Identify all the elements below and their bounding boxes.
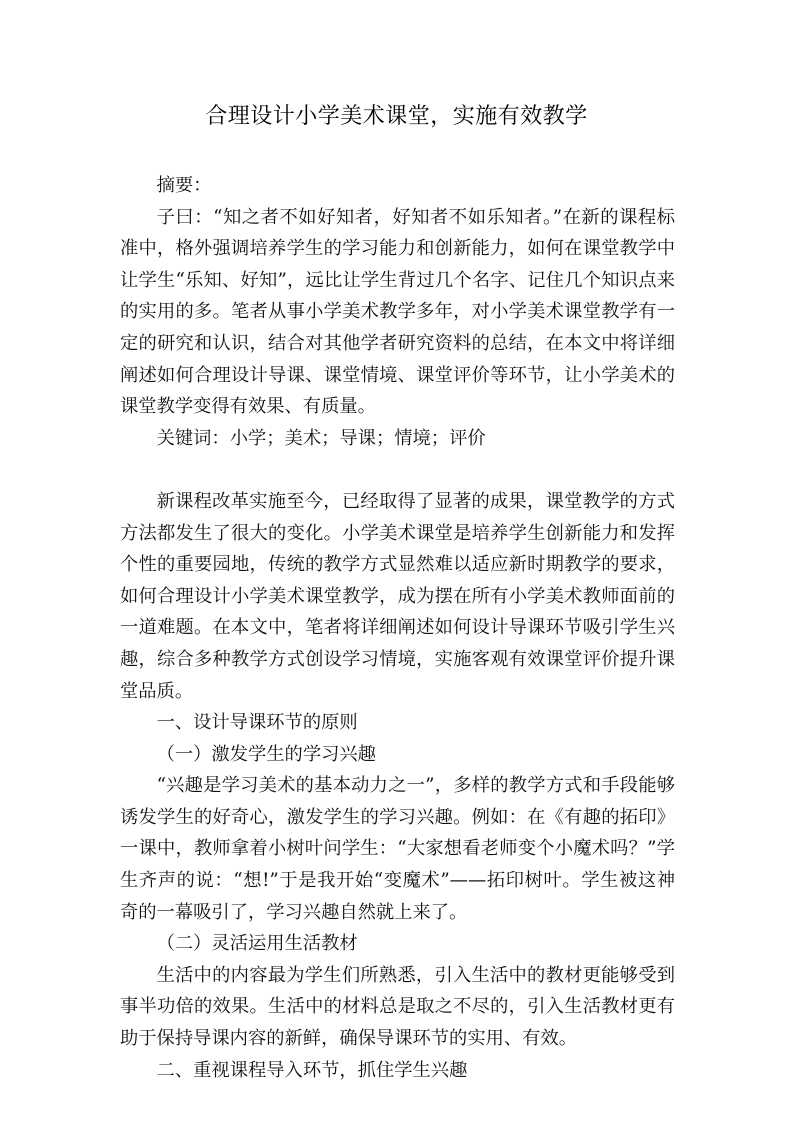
keywords: 关键词：小学；美术；导课；情境；评价 — [120, 423, 675, 455]
subsection-heading-1-2: （二）灵活运用生活教材 — [120, 928, 675, 960]
section-heading-2: 二、重视课程导入环节，抓住学生兴趣 — [120, 1055, 675, 1087]
intro-paragraph: 新课程改革实施至今，已经取得了显著的成果，课堂教学的方式方法都发生了很大的变化。… — [120, 486, 675, 707]
subsection-heading-1-1: （一）激发学生的学习兴趣 — [120, 739, 675, 771]
document-page: 合理设计小学美术课堂，实施有效教学 摘要： 子曰：“知之者不如好知者，好知者不如… — [0, 0, 793, 1122]
abstract-label: 摘要： — [120, 170, 675, 202]
spacer — [120, 454, 675, 486]
paragraph: 生活中的内容最为学生们所熟悉，引入生活中的教材更能够受到事半功倍的效果。生活中的… — [120, 960, 675, 1055]
document-body: 摘要： 子曰：“知之者不如好知者，好知者不如乐知者。”在新的课程标准中，格外强调… — [120, 170, 675, 1086]
document-title: 合理设计小学美术课堂，实施有效教学 — [0, 102, 793, 132]
section-heading-1: 一、设计导课环节的原则 — [120, 707, 675, 739]
paragraph: “兴趣是学习美术的基本动力之一”，多样的教学方式和手段能够诱发学生的好奇心，激发… — [120, 770, 675, 928]
abstract-text: 子曰：“知之者不如好知者，好知者不如乐知者。”在新的课程标准中，格外强调培养学生… — [120, 202, 675, 423]
